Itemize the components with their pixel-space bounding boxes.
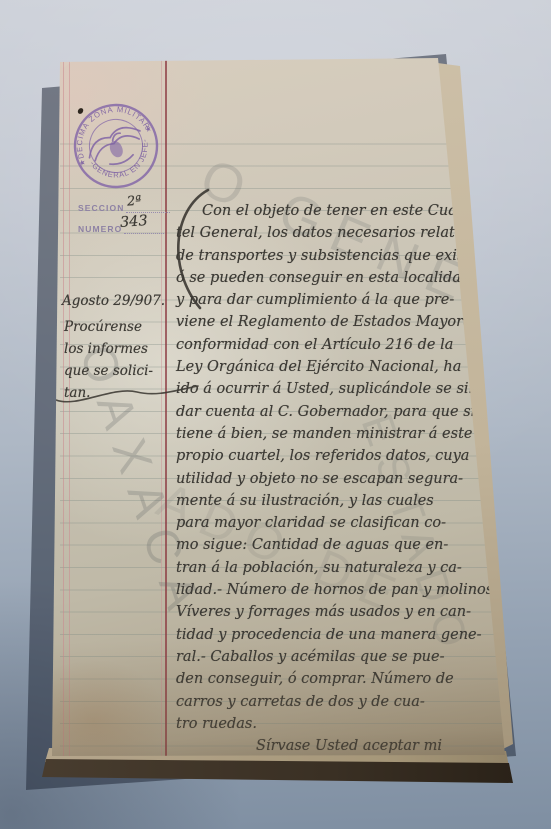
seal-top-textpath: DECIMA ZONA MILITAR	[62, 92, 153, 161]
body-line: ó se pueden conseguir en esta localidad	[176, 267, 482, 289]
photo-scene: O GENER OAXACA ESTADO ADO DE DECIMA ZONA…	[0, 0, 551, 829]
seal-top-text: DECIMA ZONA MILITAR	[62, 92, 153, 161]
body-line: Con el objeto de tener en este Cuar-	[176, 200, 482, 222]
body-line: lidad.- Número de hornos de pan y molino…	[176, 579, 482, 601]
body-line: y para dar cumplimiento á la que pre-	[176, 289, 482, 311]
numero-handwritten-value: 343	[119, 213, 148, 231]
body-line: tiene á bien, se manden ministrar á este	[176, 423, 482, 445]
eagle-snake	[110, 154, 134, 168]
body-line: propio cuartel, los referidos datos, cuy…	[176, 445, 482, 467]
body-line: tran á la población, su naturaleza y ca-	[176, 557, 482, 579]
margin-note-line: los informes	[64, 338, 166, 360]
seccion-field: SECCION	[78, 203, 170, 213]
body-line: tel General, los datos necesarios relati…	[176, 222, 482, 244]
margin-date: Agosto 29/907.	[62, 293, 165, 309]
seal-star-left-icon: ★	[77, 157, 87, 168]
body-line: Víveres y forrages más usados y en can-	[176, 601, 482, 623]
body-line: carros y carretas de dos y de cua-	[176, 691, 482, 713]
eagle-body	[107, 139, 125, 159]
body-line: para mayor claridad se clasifican co-	[176, 512, 482, 534]
margin-note-line: Procúrense	[64, 316, 166, 338]
seccion-label: SECCION	[78, 203, 124, 213]
body-line: ido á ocurrir á Usted, suplicándole se s…	[176, 378, 482, 400]
body-line: mente á su ilustración, y las cuales	[176, 490, 482, 512]
body-line: utilidad y objeto no se escapan segura-	[176, 468, 482, 490]
body-line: mo sigue: Cantidad de aguas que en-	[176, 534, 482, 556]
body-line: conformidad con el Artículo 216 de la	[176, 334, 482, 356]
body-line: Ley Orgánica del Ejército Nacional, ha	[176, 356, 482, 378]
body-line: dar cuenta al C. Gobernador, para que si…	[176, 401, 482, 423]
body-line: tidad y procedencia de una manera gene-	[176, 624, 482, 646]
body-line: ral.- Caballos y acémilas que se pue-	[176, 646, 482, 668]
numero-label: NUMERO	[78, 224, 122, 234]
seccion-handwritten-value: 2ª	[126, 193, 142, 209]
body-line: de transportes y subsistencias que exist…	[176, 245, 482, 267]
body-closing-line: Sírvase Usted aceptar mi	[176, 735, 482, 757]
body-line: viene el Reglamento de Estados Mayores d…	[176, 311, 482, 333]
body-line: den conseguir, ó comprar. Número de	[176, 668, 482, 690]
body-line: tro ruedas.	[176, 713, 482, 735]
letter-body: Con el objeto de tener en este Cuar- tel…	[176, 200, 482, 757]
